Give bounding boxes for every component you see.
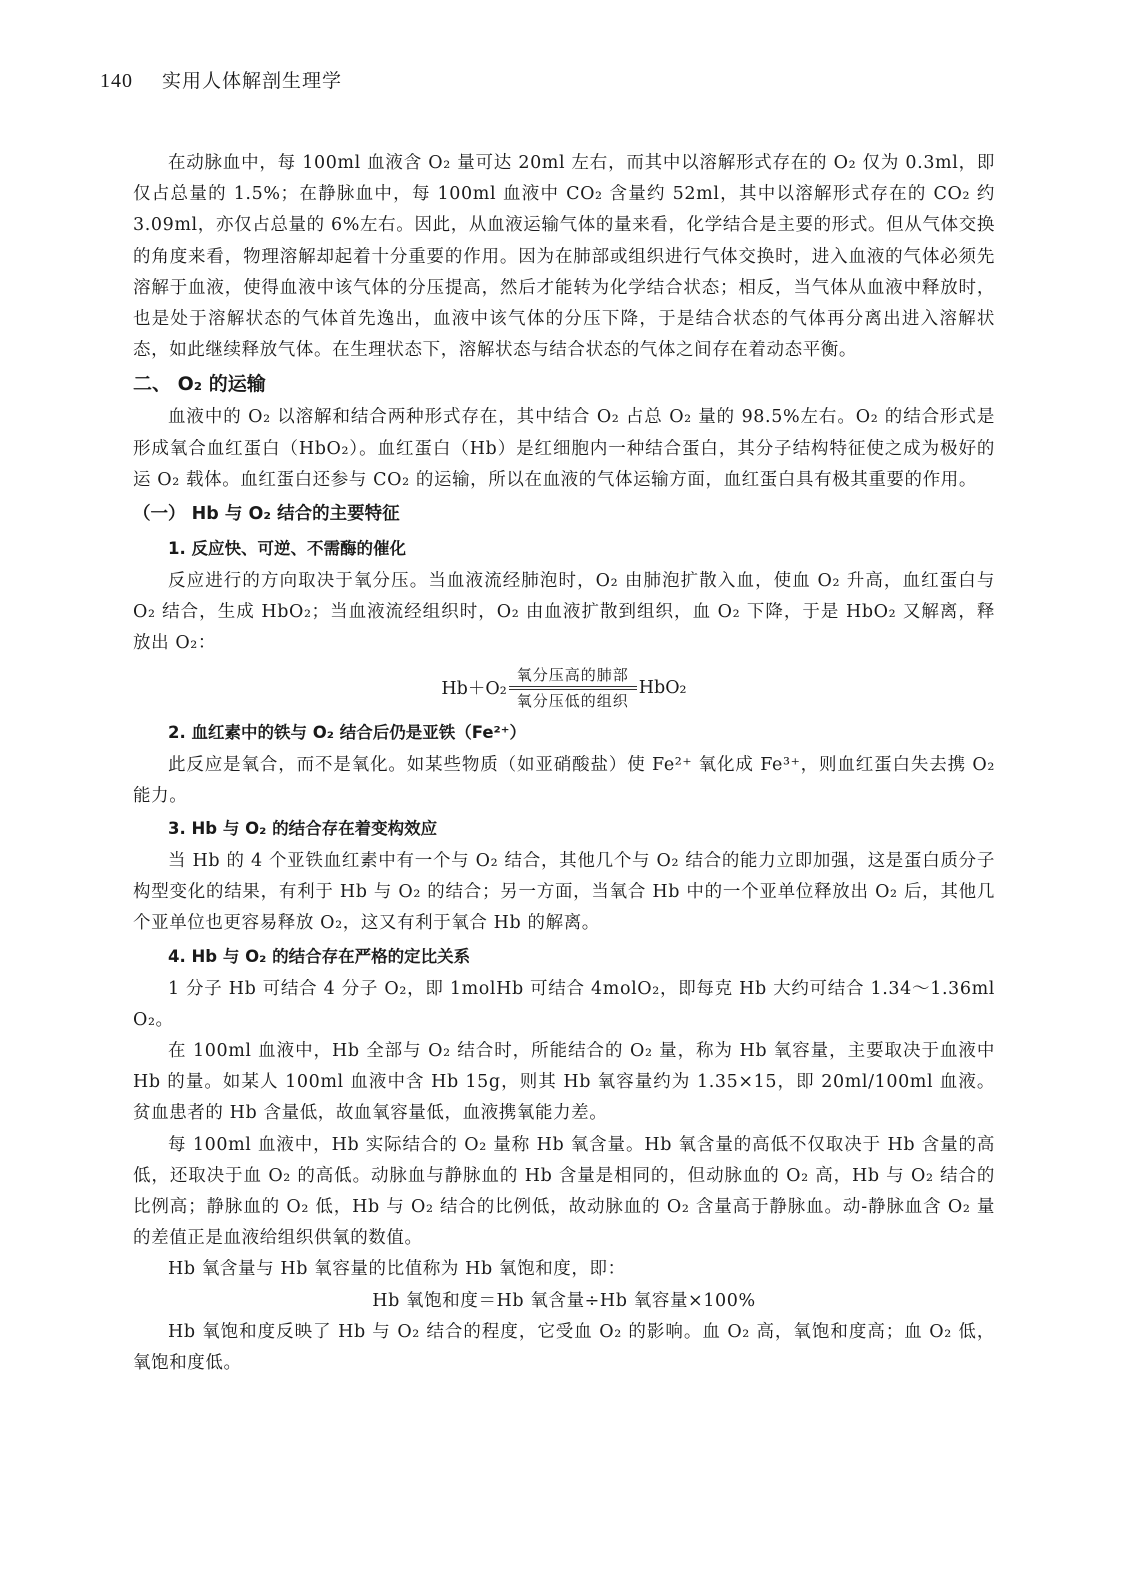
equation-right: HbO₂ bbox=[639, 678, 687, 698]
subsection-heading-hb-o2-features: （一） Hb 与 O₂ 结合的主要特征 bbox=[133, 496, 995, 532]
paragraph-stoichiometry: 1 分子 Hb 可结合 4 分子 O₂，即 1molHb 可结合 4molO₂，… bbox=[133, 974, 995, 1036]
reaction-equation: Hb＋O₂ 氧分压高的肺部 氧分压低的组织 HbO₂ bbox=[133, 660, 995, 716]
paragraph-o2-content: 每 100ml 血液中，Hb 实际结合的 O₂ 量称 Hb 氧含量。Hb 氧含量… bbox=[133, 1130, 995, 1255]
point-heading-4: 4. Hb 与 O₂ 的结合存在严格的定比关系 bbox=[133, 940, 995, 974]
saturation-formula: Hb 氧饱和度＝Hb 氧含量÷Hb 氧容量×100% bbox=[133, 1286, 995, 1317]
arrow-top-label: 氧分压高的肺部 bbox=[517, 665, 629, 685]
paragraph-saturation-intro: Hb 氧含量与 Hb 氧容量的比值称为 Hb 氧饱和度，即： bbox=[133, 1254, 995, 1285]
paragraph-saturation: Hb 氧饱和度反映了 Hb 与 O₂ 结合的程度，它受血 O₂ 的影响。血 O₂… bbox=[133, 1317, 995, 1379]
running-header: 140 实用人体解剖生理学 bbox=[100, 66, 342, 93]
point-heading-1: 1. 反应快、可逆、不需酶的催化 bbox=[133, 532, 995, 566]
book-title: 实用人体解剖生理学 bbox=[162, 70, 342, 92]
page-body: 在动脉血中，每 100ml 血液含 O₂ 量可达 20ml 左右，而其中以溶解形… bbox=[133, 148, 995, 1379]
paragraph-dissolved-vs-bound: 在动脉血中，每 100ml 血液含 O₂ 量可达 20ml 左右，而其中以溶解形… bbox=[133, 148, 995, 366]
paragraph-o2-capacity: 在 100ml 血液中，Hb 全部与 O₂ 结合时，所能结合的 O₂ 量，称为 … bbox=[133, 1036, 995, 1130]
page-number: 140 bbox=[100, 70, 133, 92]
paragraph-reaction-direction: 反应进行的方向取决于氧分压。当血液流经肺泡时，O₂ 由肺泡扩散入血，使血 O₂ … bbox=[133, 566, 995, 660]
section-heading-o2-transport: 二、 O₂ 的运输 bbox=[133, 366, 995, 402]
equation-left: Hb＋O₂ bbox=[441, 675, 506, 700]
paragraph-allosteric: 当 Hb 的 4 个亚铁血红素中有一个与 O₂ 结合，其他几个与 O₂ 结合的能… bbox=[133, 846, 995, 940]
point-heading-3: 3. Hb 与 O₂ 的结合存在着变构效应 bbox=[133, 812, 995, 846]
paragraph-oxygenation: 此反应是氧合，而不是氧化。如某些物质（如亚硝酸盐）使 Fe²⁺ 氧化成 Fe³⁺… bbox=[133, 750, 995, 812]
arrow-bottom-label: 氧分压低的组织 bbox=[517, 691, 629, 711]
reversible-arrow: 氧分压高的肺部 氧分压低的组织 bbox=[509, 665, 637, 711]
paragraph-o2-forms: 血液中的 O₂ 以溶解和结合两种形式存在，其中结合 O₂ 占总 O₂ 量的 98… bbox=[133, 402, 995, 496]
point-heading-2: 2. 血红素中的铁与 O₂ 结合后仍是亚铁（Fe²⁺） bbox=[133, 716, 995, 750]
equilibrium-arrow-icon bbox=[509, 685, 637, 691]
